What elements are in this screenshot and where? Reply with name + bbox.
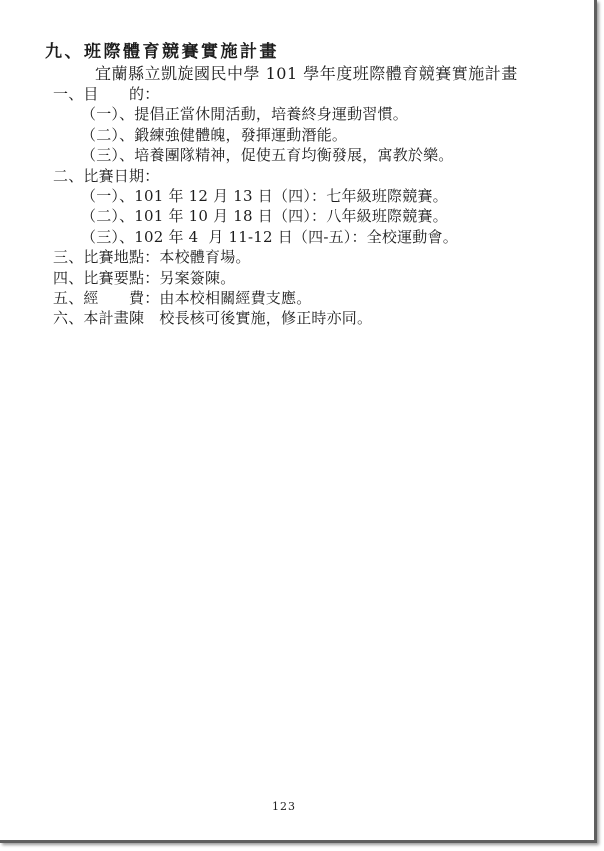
- section-1-item: （三）、培養團隊精神，促使五育均衡發展，寓教於樂。: [81, 145, 597, 165]
- section-2-heading: 二、比賽日期：: [53, 166, 597, 186]
- page-number: 123: [0, 800, 568, 813]
- section-2-item: （三）、102 年 4 月 11-12 日（四-五）：全校運動會。: [81, 227, 597, 247]
- section-1-heading: 一、目 的：: [53, 84, 597, 104]
- section-1-item: （二）、鍛練強健體魄，發揮運動潛能。: [81, 125, 597, 145]
- section-2-item: （一）、101 年 12 月 13 日（四）：七年級班際競賽。: [81, 186, 597, 206]
- section-6-heading: 六、本計畫陳 校長核可後實施，修正時亦同。: [53, 308, 597, 328]
- section-4-heading: 四、比賽要點：另案簽陳。: [53, 268, 597, 288]
- document-subtitle: 宜蘭縣立凱旋國民中學 101 學年度班際體育競賽實施計畫: [95, 61, 518, 84]
- document-page: 九、班際體育競賽實施計畫 宜蘭縣立凱旋國民中學 101 學年度班際體育競賽實施計…: [0, 0, 597, 843]
- section-3-heading: 三、比賽地點：本校體育場。: [53, 247, 597, 267]
- document-body: 一、目 的： （一）、提倡正當休閒活動，培養終身運動習慣。 （二）、鍛練強健體魄…: [0, 84, 597, 329]
- section-1-item: （一）、提倡正當休閒活動，培養終身運動習慣。: [81, 104, 597, 124]
- section-2-item: （二）、101 年 10 月 18 日（四）：八年級班際競賽。: [81, 206, 597, 226]
- document-title: 九、班際體育競賽實施計畫: [45, 37, 279, 62]
- section-5-heading: 五、經 費：由本校相關經費支應。: [53, 288, 597, 308]
